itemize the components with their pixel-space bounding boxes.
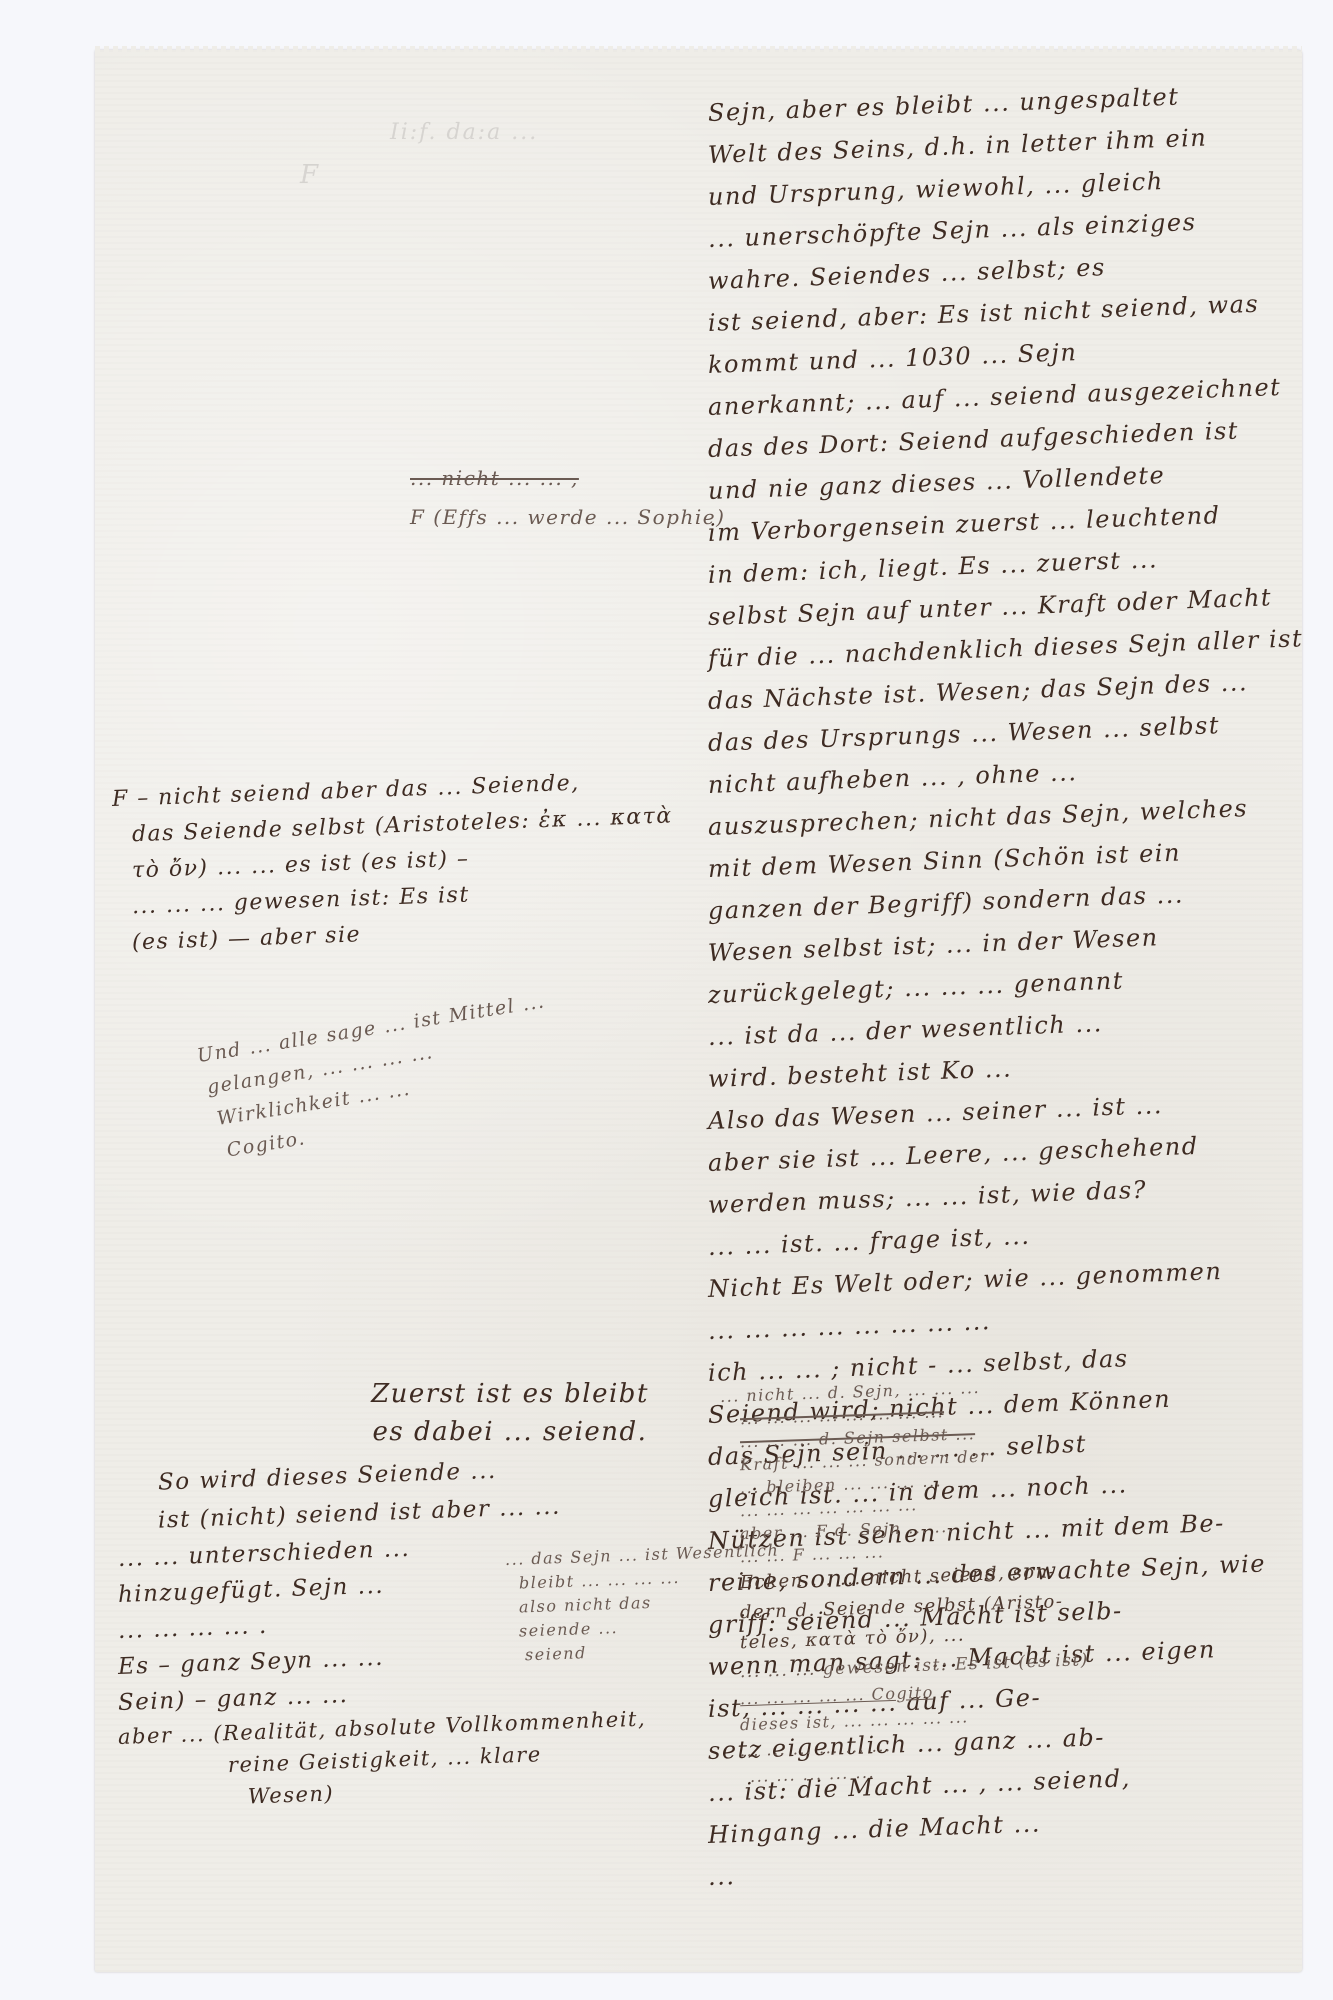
left-center-note: ... nicht ... ... , F (Effs ... werde ..… bbox=[410, 462, 710, 534]
manuscript-line: F (Effs ... werde ... Sophie) bbox=[410, 501, 710, 534]
heading-line: es dabei ... seiend. bbox=[330, 1413, 690, 1451]
left-middle-note: F – nicht seiend aber das ... Seiende, d… bbox=[112, 782, 692, 962]
bottom-right-note: ... nicht ... d. Sejn, ... ... ... ... .… bbox=[720, 1385, 1300, 1791]
crossed-out-line: ... nicht ... ... , bbox=[410, 462, 710, 495]
heading-line: Zuerst ist es bleibt bbox=[330, 1375, 690, 1413]
show-through-mark: F bbox=[300, 160, 320, 190]
left-slanted-note: Und ... alle sage ... ist Mittel ... gel… bbox=[200, 1040, 660, 1172]
bottom-left-heading: Zuerst ist es bleibt es dabei ... seiend… bbox=[330, 1375, 690, 1451]
show-through-text: Ii:f. da:a ... bbox=[390, 120, 538, 145]
